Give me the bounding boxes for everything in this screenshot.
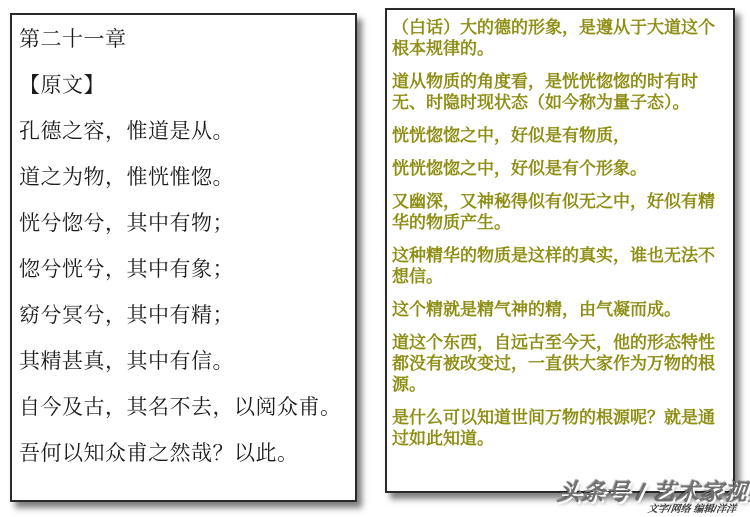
original-verse-line: 吾何以知众甫之然哉？以此。: [19, 431, 351, 477]
original-verse-line: 道之为物，惟恍惟惚。: [19, 155, 351, 201]
document-page: 第二十一章 【原文】 孔德之容，惟道是从。道之为物，惟恍惟惚。恍兮惚兮，其中有物…: [0, 0, 750, 517]
original-verse-list: 孔德之容，惟道是从。道之为物，惟恍惟惚。恍兮惚兮，其中有物；惚兮恍兮，其中有象；…: [19, 109, 351, 477]
translation-paragraph: 道这个东西，自远古至今天，他的形态特性都没有被改变过，一直供大家作为万物的根源。: [392, 332, 729, 395]
translation-paragraph: 这种精华的物质是这样的真实，谁也无法不想信。: [392, 245, 729, 287]
translation-paragraph: 这个精就是精气神的精，由气凝而成。: [392, 299, 729, 320]
section-label: 【原文】: [19, 63, 351, 109]
original-verse-line: 恍兮惚兮，其中有物；: [19, 201, 351, 247]
translation-paragraph: 恍恍惚惚之中，好似是有个形象。: [392, 158, 729, 179]
original-verse-line: 其精甚真，其中有信。: [19, 339, 351, 385]
original-verse-line: 窈兮冥兮，其中有精；: [19, 293, 351, 339]
translation-paragraph: 是什么可以知道世间万物的根源呢？就是通过如此知道。: [392, 407, 729, 449]
watermark-credit-text: 文字/网络 编辑/洋洋: [647, 500, 737, 515]
original-verse-line: 孔德之容，惟道是从。: [19, 109, 351, 155]
translation-paragraph: 又幽深，又神秘得似有似无之中，好似有精华的物质产生。: [392, 191, 729, 233]
translation-paragraph: 恍恍惚惚之中，好似是有物质，: [392, 125, 729, 146]
translation-paragraph: （白话）大的德的形象，是遵从于大道这个根本规律的。: [392, 17, 729, 59]
chapter-title: 第二十一章: [19, 17, 351, 63]
original-verse-line: 惚兮恍兮，其中有象；: [19, 247, 351, 293]
original-verse-line: 自今及古，其名不去，以阅众甫。: [19, 385, 351, 431]
translation-panel: （白话）大的德的形象，是遵从于大道这个根本规律的。道从物质的角度看，是恍恍惚惚的…: [385, 8, 735, 493]
original-text-panel: 第二十一章 【原文】 孔德之容，惟道是从。道之为物，惟恍惟惚。恍兮惚兮，其中有物…: [10, 13, 357, 502]
translation-paragraph: 道从物质的角度看，是恍恍惚惚的时有时无、时隐时现状态（如今称为量子态）。: [392, 71, 729, 113]
translation-paragraph-list: （白话）大的德的形象，是遵从于大道这个根本规律的。道从物质的角度看，是恍恍惚惚的…: [392, 17, 729, 449]
